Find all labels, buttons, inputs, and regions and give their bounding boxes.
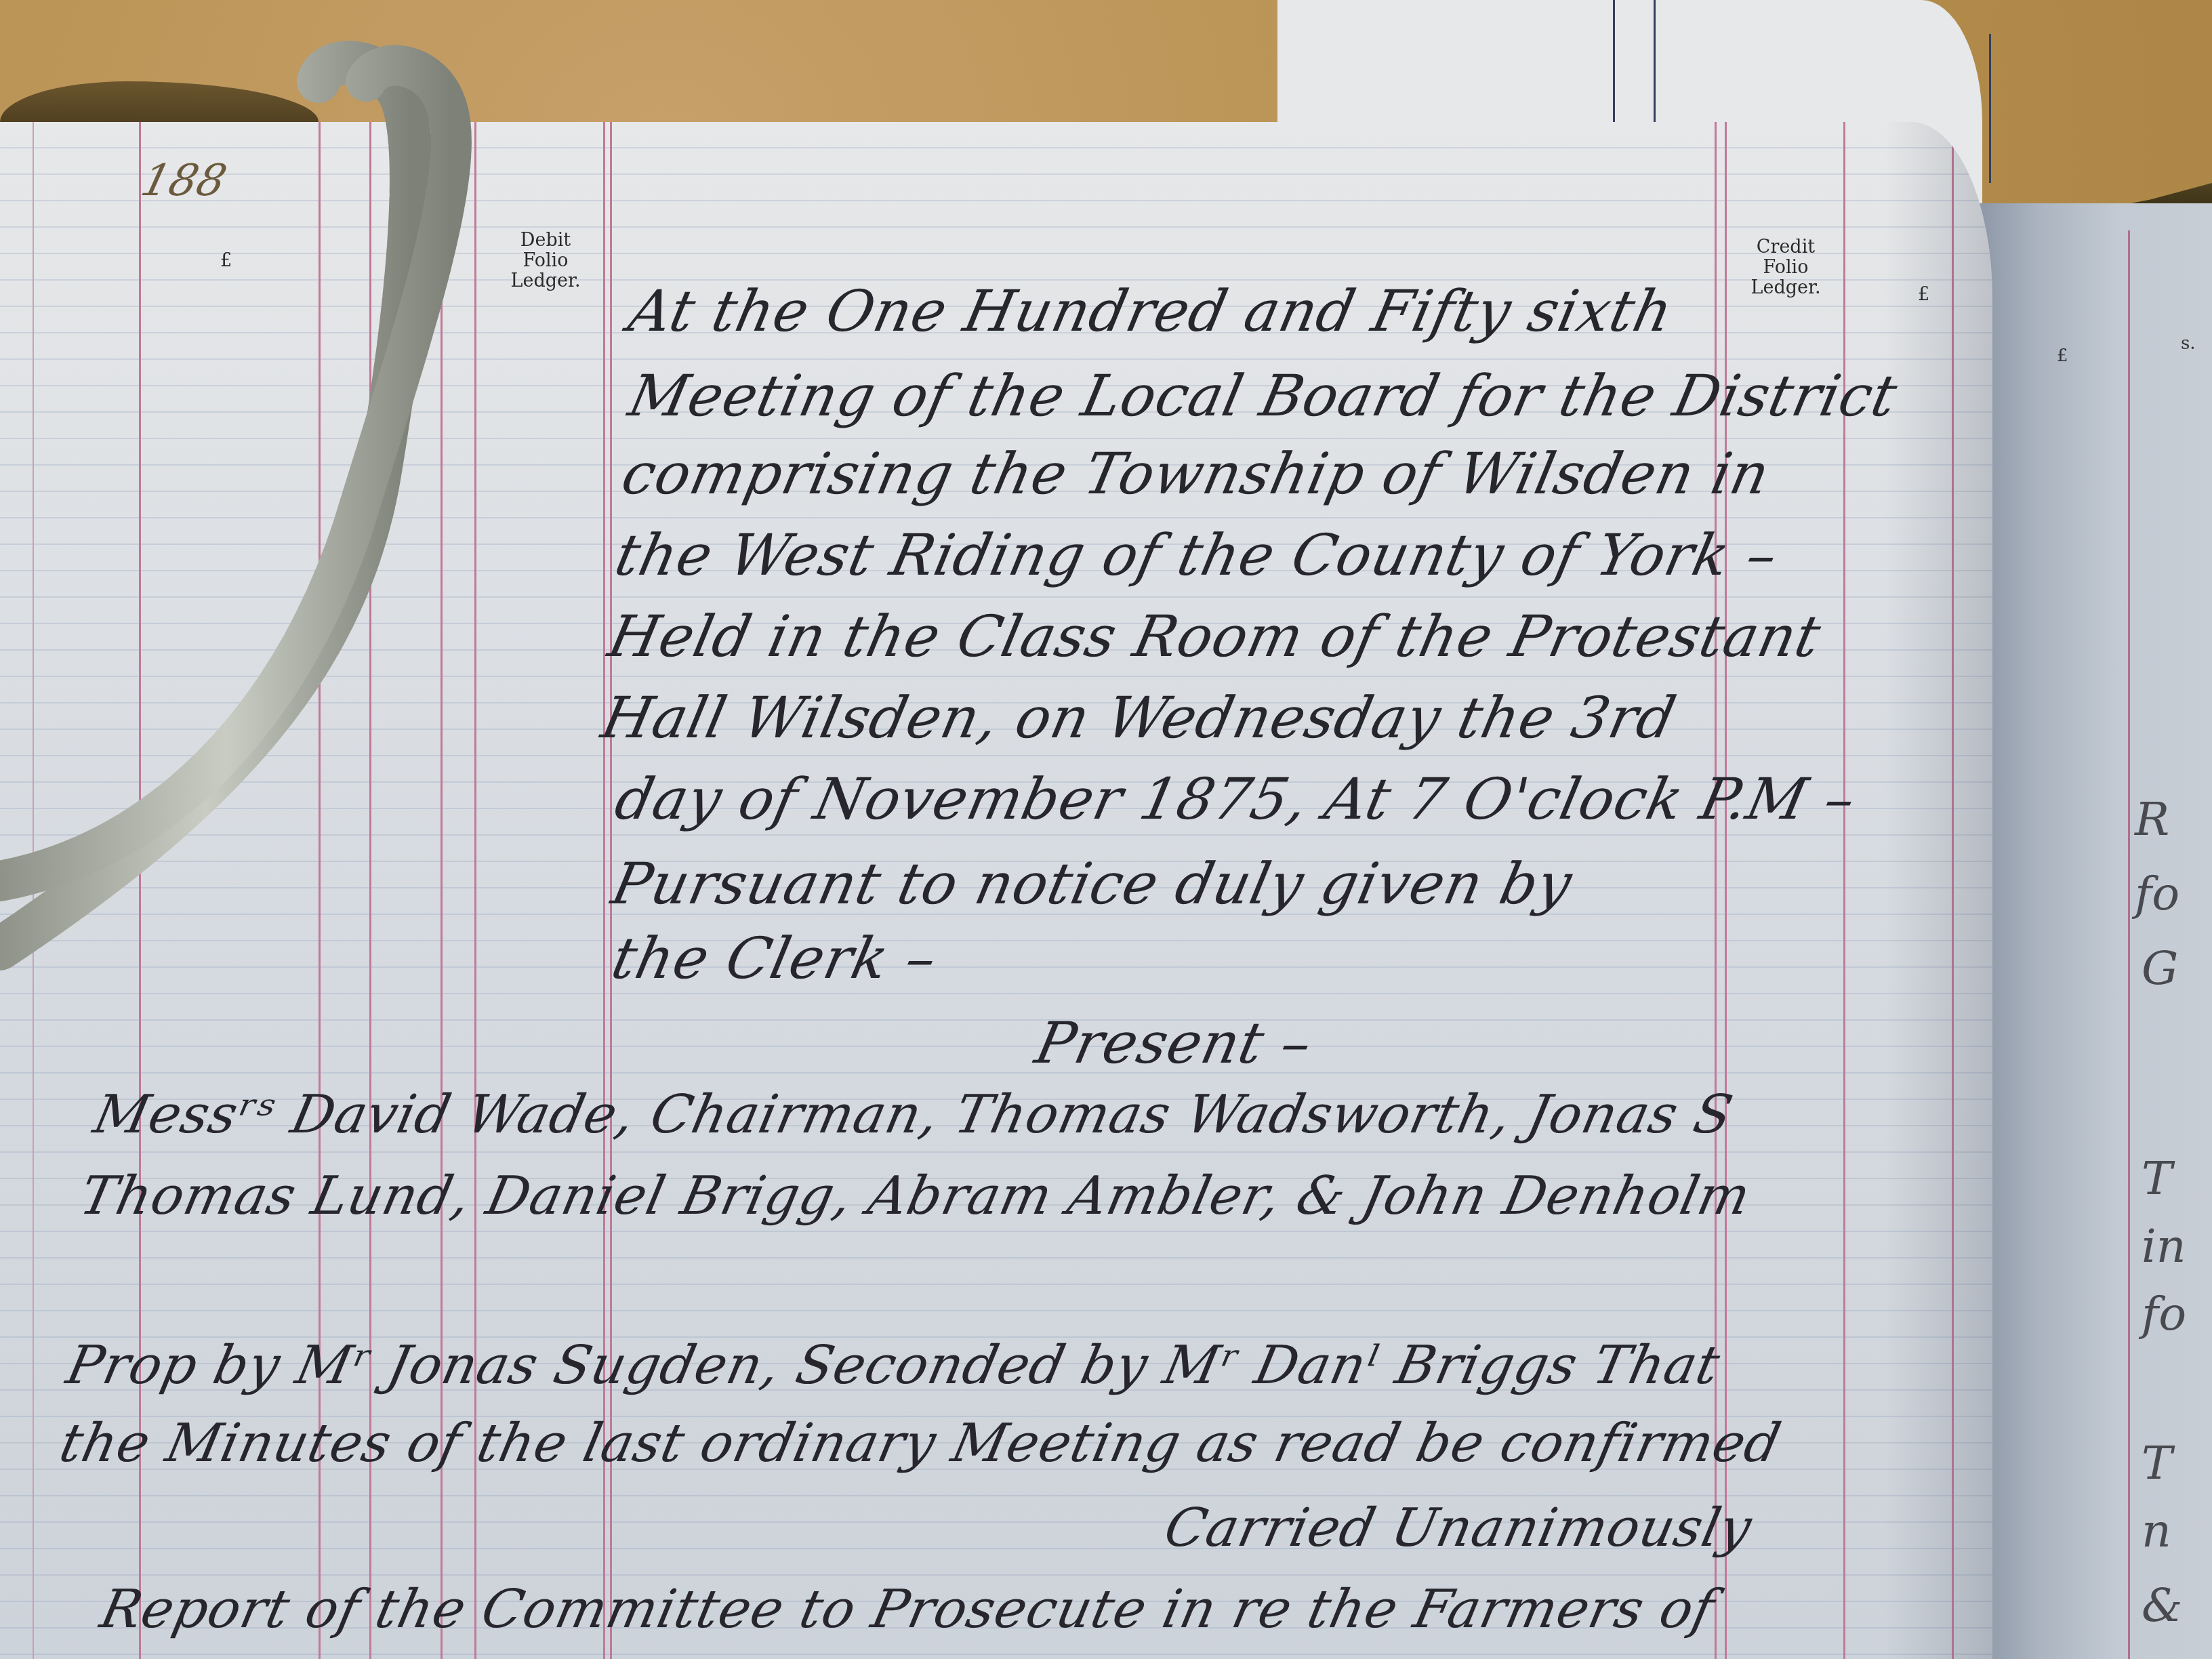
- heading-line: day of November 1875, At 7 O'clock P.M –: [610, 766, 1862, 832]
- heading-line: comprising the Township of Wilsden in: [617, 441, 1776, 507]
- attendees-line: Messʳˢ David Wade, Chairman, Thomas Wads…: [88, 1084, 1738, 1145]
- credit-pound-rule: [1952, 122, 1954, 1659]
- facing-fragment: &: [2142, 1579, 2183, 1633]
- facing-fragment: R: [2135, 793, 2169, 846]
- heading-line: the Clerk –: [607, 925, 943, 991]
- pence-header: d.: [415, 251, 432, 271]
- facing-page-rule: [2128, 230, 2130, 1659]
- facing-fragment: fo: [2135, 867, 2179, 921]
- back-page-rule: [1613, 0, 1615, 136]
- facing-fragment: T: [2142, 1152, 2172, 1206]
- heading-line: the West Riding of the County of York –: [610, 522, 1784, 588]
- heading-line: Held in the Class Room of the Protestant: [603, 603, 1827, 670]
- facing-pound-header: £: [2057, 346, 2068, 366]
- facing-fragment: G: [2142, 942, 2178, 996]
- heading-line: Pursuant to notice duly given by: [607, 851, 1578, 917]
- ledger-page: 188 £ d. Debit Folio Ledger. Credit Foli…: [0, 122, 1992, 1659]
- facing-fragment: n: [2142, 1504, 2171, 1558]
- debit-folio-header: Debit Folio Ledger.: [501, 230, 590, 291]
- resolution-line: the Minutes of the last ordinary Meeting…: [54, 1413, 1786, 1474]
- heading-line: Meeting of the Local Board for the Distr…: [623, 363, 1904, 429]
- resolution-line: Prop by Mʳ Jonas Sugden, Seconded by Mʳ …: [61, 1335, 1725, 1396]
- pound-header: £: [220, 251, 232, 271]
- facing-page: £ s. R fo G T in fo T n &: [1979, 203, 2212, 1659]
- back-page-rule: [1654, 0, 1656, 142]
- credit-folio-rule: [1843, 122, 1845, 1659]
- credit-folio-header: Credit Folio Ledger.: [1742, 237, 1830, 298]
- next-entry-heading: Report of the Committee to Prosecute in …: [95, 1579, 1719, 1640]
- margin-rule: [33, 122, 34, 1659]
- heading-line: Hall Wilsden, on Wednesday the 3rd: [596, 684, 1682, 751]
- facing-fragment: T: [2142, 1437, 2172, 1490]
- facing-fragment: fo: [2142, 1288, 2186, 1341]
- resolution-result: Carried Unanimously: [1159, 1498, 1757, 1559]
- attendees-line: Thomas Lund, Daniel Brigg, Abram Ambler,…: [75, 1166, 1756, 1227]
- credit-pound-header: £: [1918, 285, 1929, 305]
- page-number: 188: [136, 156, 232, 206]
- facing-fragment: in: [2142, 1220, 2186, 1273]
- heading-line: At the One Hundred and Fifty sixth: [623, 278, 1679, 344]
- present-heading: Present –: [1030, 1010, 1319, 1076]
- facing-shilling-header: s.: [2181, 333, 2196, 354]
